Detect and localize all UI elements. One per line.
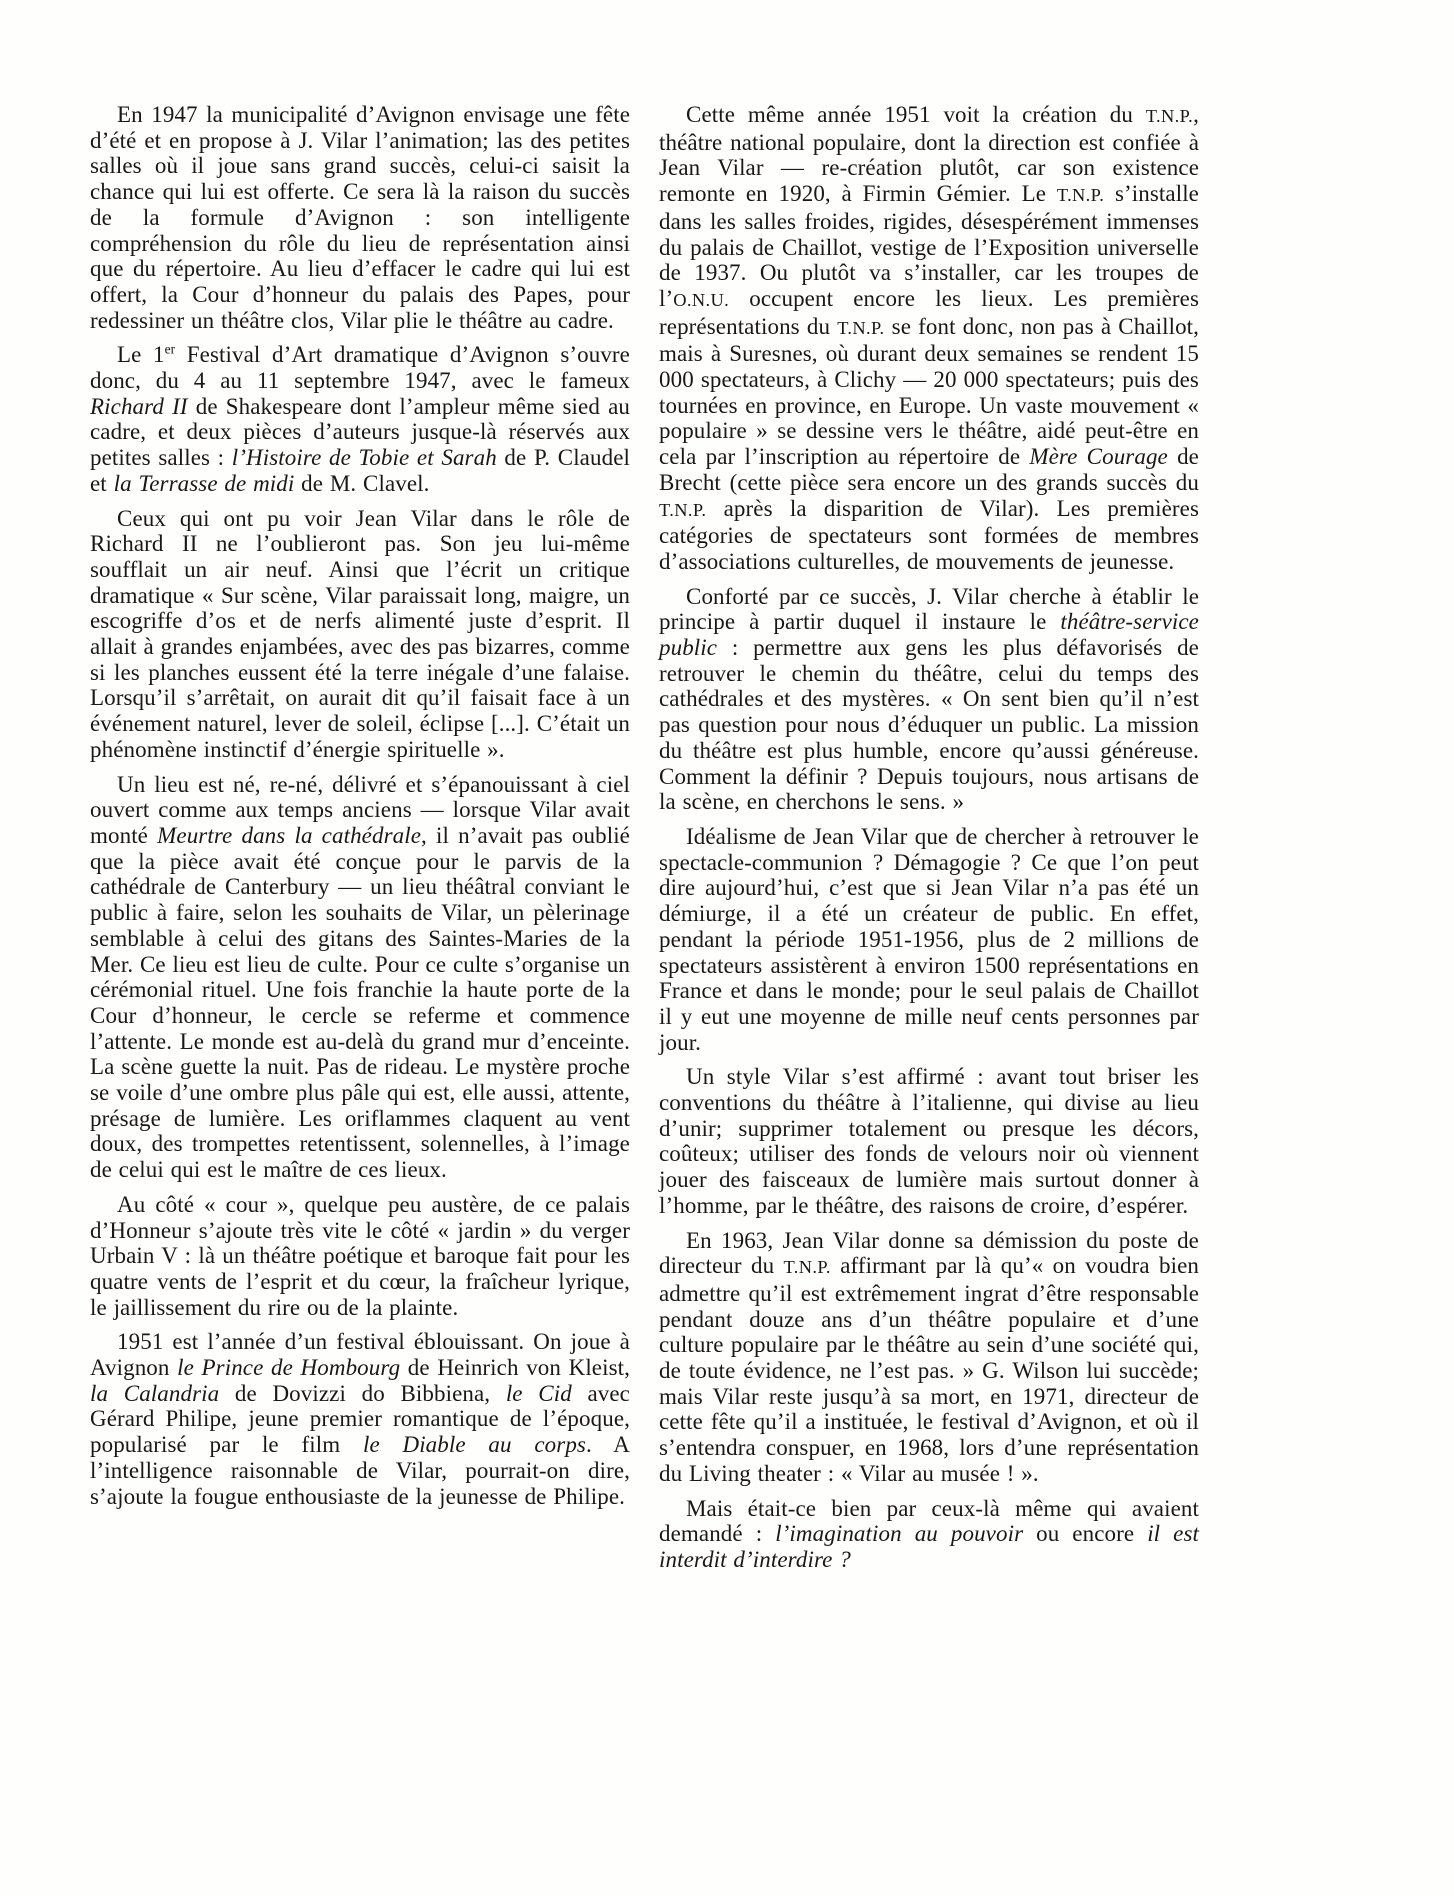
italic-text-run: l’imagination au pouvoir bbox=[775, 1521, 1023, 1546]
italic-text-run: le Cid bbox=[506, 1381, 572, 1406]
paragraph: En 1963, Jean Vilar donne sa démission d… bbox=[659, 1228, 1199, 1487]
text-run: Au côté « cour », quelque peu austère, d… bbox=[90, 1192, 630, 1320]
text-run: Idéalisme de Jean Vilar que de chercher … bbox=[659, 824, 1199, 1055]
paragraph: Mais était-ce bien par ceux-là même qui … bbox=[659, 1496, 1199, 1573]
text-run: Ceux qui ont pu voir Jean Vilar dans le … bbox=[90, 506, 630, 762]
italic-text-run: la Terrasse de midi bbox=[114, 471, 295, 496]
text-run: Un style Vilar s’est affirmé : avant tou… bbox=[659, 1064, 1199, 1218]
text-column-left: En 1947 la municipalité d’Avignon envisa… bbox=[90, 102, 630, 1509]
paragraph: Cette même année 1951 voit la création d… bbox=[659, 102, 1199, 575]
paragraph: Le 1er Festival d’Art dramatique d’Avign… bbox=[90, 342, 630, 496]
italic-text-run: la Calandria bbox=[90, 1381, 219, 1406]
text-column-right: Cette même année 1951 voit la création d… bbox=[659, 102, 1199, 1573]
paragraph: Au côté « cour », quelque peu austère, d… bbox=[90, 1192, 630, 1321]
paragraph: Ceux qui ont pu voir Jean Vilar dans le … bbox=[90, 506, 630, 763]
text-run: de Dovizzi do Bibbiena, bbox=[219, 1381, 506, 1406]
italic-text-run: Richard II bbox=[90, 394, 188, 419]
smallcaps-text-run: T.N.P. bbox=[837, 318, 884, 338]
italic-text-run: Mère Courage bbox=[1029, 444, 1168, 469]
superscript-text-run: er bbox=[165, 342, 176, 357]
paragraph: Un style Vilar s’est affirmé : avant tou… bbox=[659, 1064, 1199, 1218]
text-run: Le 1 bbox=[117, 342, 165, 367]
italic-text-run: le Diable au corps bbox=[363, 1432, 586, 1457]
paragraph: Un lieu est né, re-né, délivré et s’épan… bbox=[90, 772, 630, 1183]
paragraph: Idéalisme de Jean Vilar que de chercher … bbox=[659, 824, 1199, 1055]
smallcaps-text-run: T.N.P. bbox=[1146, 106, 1193, 126]
text-run: affirmant par là qu’« on voudra bien adm… bbox=[659, 1253, 1199, 1486]
text-run: : permettre aux gens les plus défavorisé… bbox=[659, 635, 1199, 814]
paragraph: En 1947 la municipalité d’Avignon envisa… bbox=[90, 102, 630, 333]
text-run: En 1947 la municipalité d’Avignon envisa… bbox=[90, 102, 630, 333]
smallcaps-text-run: O.N.U. bbox=[673, 290, 729, 310]
document-page: En 1947 la municipalité d’Avignon envisa… bbox=[0, 0, 1454, 1896]
italic-text-run: Meurtre dans la cathédrale bbox=[157, 823, 421, 848]
paragraph: 1951 est l’année d’un festival éblouissa… bbox=[90, 1329, 630, 1509]
text-run: , il n’avait pas oublié que la pièce ava… bbox=[90, 823, 630, 1182]
smallcaps-text-run: T.N.P. bbox=[659, 500, 706, 520]
text-run: après la disparition de Vilar). Les prem… bbox=[659, 496, 1199, 574]
paragraph: Conforté par ce succès, J. Vilar cherche… bbox=[659, 584, 1199, 815]
text-run: Cette même année 1951 voit la création d… bbox=[686, 102, 1146, 127]
text-run: ou encore bbox=[1023, 1521, 1147, 1546]
italic-text-run: le Prince de Hombourg bbox=[177, 1355, 400, 1380]
text-run: de Heinrich von Kleist, bbox=[400, 1355, 630, 1380]
smallcaps-text-run: T.N.P. bbox=[1057, 185, 1104, 205]
smallcaps-text-run: T.N.P. bbox=[784, 1257, 831, 1277]
italic-text-run: l’Histoire de Tobie et Sarah bbox=[232, 445, 497, 470]
text-run: de M. Clavel. bbox=[294, 471, 429, 496]
